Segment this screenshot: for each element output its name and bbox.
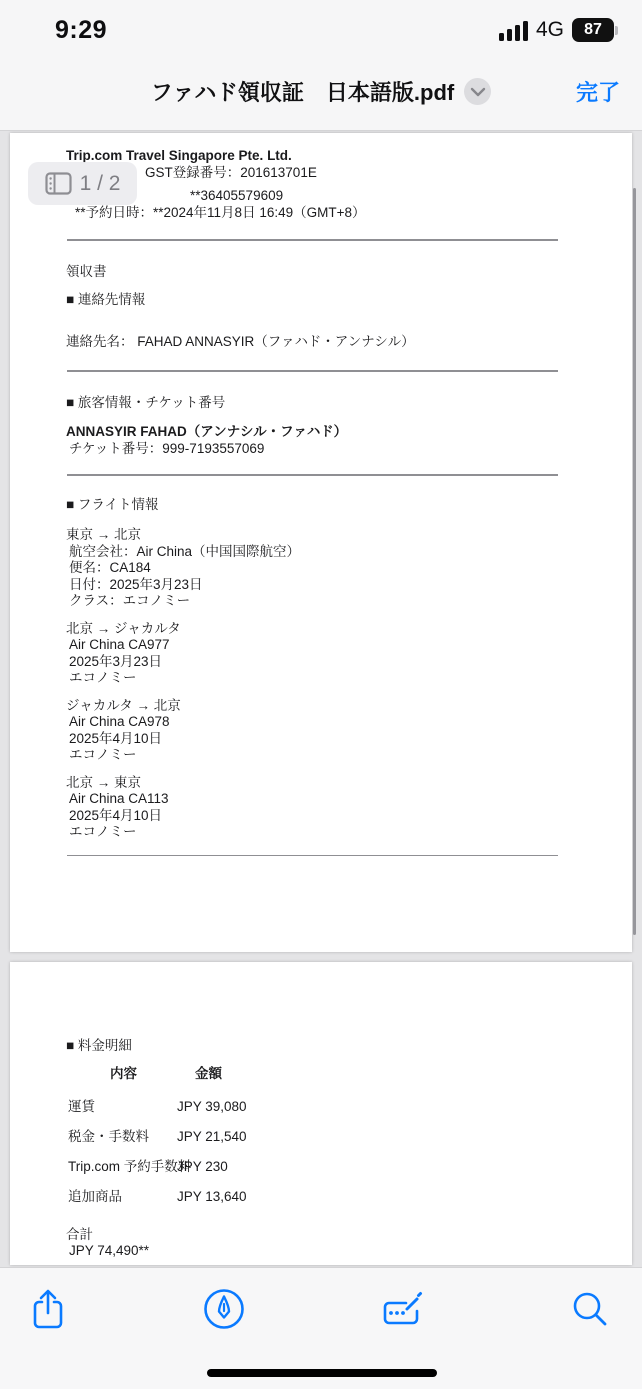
page-thumbnails-icon (45, 172, 72, 195)
document-title: ファハド領収証 日本語版.pdf (151, 76, 454, 107)
fee-amount: JPY 21,540 (177, 1129, 247, 1146)
search-button[interactable] (566, 1285, 614, 1333)
page-indicator-label: 1 / 2 (80, 172, 121, 196)
nav-bar: ファハド領収証 日本語版.pdf 完了 (0, 60, 642, 131)
markup-pen-icon (202, 1287, 246, 1331)
total-amount: JPY 74,490** (69, 1243, 632, 1260)
flight-airline: Air China CA113 (69, 791, 632, 808)
battery-percent: 87 (572, 18, 614, 42)
status-bar: 9:29 4G 87 (0, 0, 642, 60)
flight-route: 東京 → 北京 (66, 527, 632, 544)
fees-section-heading: ■ 料金明細 (66, 1038, 632, 1055)
bottom-toolbar (0, 1267, 642, 1389)
battery-cap (615, 26, 618, 35)
fees-col-amount: 金額 (195, 1066, 222, 1083)
pdf-scroll-area[interactable]: Trip.com Travel Singapore Pte. Ltd. GST登… (0, 131, 642, 1267)
page-indicator[interactable]: 1 / 2 (28, 162, 137, 205)
flight-segment: ジャカルタ → 北京 Air China CA978 2025年4月10日 エコ… (66, 698, 632, 764)
fee-row: 税金・手数料 JPY 21,540 (10, 1121, 632, 1151)
divider (67, 239, 558, 241)
flight-airline: 航空会社：Air China（中国国際航空） (69, 544, 632, 561)
markup-button[interactable] (200, 1285, 248, 1333)
booking-number: **36405579609 (190, 188, 632, 205)
fee-item: 追加商品 (68, 1189, 122, 1206)
fee-amount: JPY 230 (177, 1159, 228, 1176)
pdf-page-1: Trip.com Travel Singapore Pte. Ltd. GST登… (10, 133, 632, 952)
fee-item: Trip.com 予約手数料 (68, 1159, 191, 1176)
done-button[interactable]: 完了 (576, 76, 620, 107)
share-icon (29, 1287, 67, 1331)
search-icon (570, 1289, 610, 1329)
flight-section-heading: ■ フライト情報 (66, 497, 632, 514)
passenger-name: ANNASYIR FAHAD（アンナシル・ファハド） (66, 424, 632, 441)
fee-row: 運賃 JPY 39,080 (10, 1091, 632, 1121)
flight-class: エコノミー (69, 670, 632, 687)
clock: 9:29 (55, 16, 107, 45)
cellular-signal-icon (499, 20, 528, 41)
fee-item: 税金・手数料 (68, 1129, 149, 1146)
flight-route: 北京 → 東京 (66, 775, 632, 792)
fee-amount: JPY 13,640 (177, 1189, 247, 1206)
flight-class: クラス：エコノミー (69, 593, 632, 610)
divider (67, 855, 558, 857)
flight-date: 2025年4月10日 (69, 808, 632, 825)
ticket-number: チケット番号：999-7193557069 (69, 441, 632, 458)
passenger-section-heading: ■ 旅客情報・チケット番号 (66, 395, 632, 412)
flight-segment: 北京 → 東京 Air China CA113 2025年4月10日 エコノミー (66, 775, 632, 841)
fee-amount: JPY 39,080 (177, 1099, 247, 1116)
flight-date: 日付：2025年3月23日 (69, 577, 632, 594)
fees-table-header: 内容 金額 (10, 1066, 632, 1083)
contact-section-heading: ■ 連絡先情報 (66, 292, 632, 309)
fee-row: Trip.com 予約手数料 JPY 230 (10, 1151, 632, 1181)
scrollbar[interactable] (633, 188, 636, 935)
booking-time: **予約日時：**2024年11月8日 16:49（GMT+8） (75, 205, 632, 222)
flight-route: ジャカルタ → 北京 (66, 698, 632, 715)
flight-airline: Air China CA978 (69, 714, 632, 731)
pdf-page-2: ■ 料金明細 内容 金額 運賃 JPY 39,080 税金・手数料 JPY 21… (10, 962, 632, 1265)
fee-row: 追加商品 JPY 13,640 (10, 1181, 632, 1211)
flight-route: 北京 → ジャカルタ (66, 621, 632, 638)
flight-segment: 東京 → 北京 航空会社：Air China（中国国際航空） 便名：CA184 … (66, 527, 632, 610)
flight-segment: 北京 → ジャカルタ Air China CA977 2025年3月23日 エコ… (66, 621, 632, 687)
flight-number: 便名：CA184 (69, 560, 632, 577)
flight-date: 2025年4月10日 (69, 731, 632, 748)
network-type-label: 4G (536, 18, 564, 42)
title-menu-button[interactable] (464, 78, 491, 105)
merchant-name: Trip.com Travel Singapore Pte. Ltd. (66, 148, 632, 165)
home-indicator[interactable] (207, 1369, 437, 1377)
fee-item: 運賃 (68, 1099, 95, 1116)
gst-number: GST登録番号：201613701E (145, 165, 632, 182)
chevron-down-icon (470, 87, 486, 97)
flight-class: エコノミー (69, 747, 632, 764)
battery-icon: 87 (572, 18, 618, 42)
fees-col-item: 内容 (110, 1066, 137, 1083)
pdf-viewer-screen: 9:29 4G 87 ファハド領収証 日本語版.pdf 完了 Trip.c (0, 0, 642, 1389)
divider (67, 474, 558, 476)
divider (67, 370, 558, 372)
flight-class: エコノミー (69, 824, 632, 841)
receipt-title: 領収書 (66, 264, 632, 281)
flight-airline: Air China CA977 (69, 637, 632, 654)
share-button[interactable] (24, 1285, 72, 1333)
fill-and-sign-icon (380, 1287, 424, 1331)
flight-date: 2025年3月23日 (69, 654, 632, 671)
total-label: 合計 (66, 1227, 632, 1244)
contact-name: 連絡先名： FAHAD ANNASYIR（ファハド・アンナシル） (66, 334, 632, 351)
fill-and-sign-button[interactable] (378, 1285, 426, 1333)
